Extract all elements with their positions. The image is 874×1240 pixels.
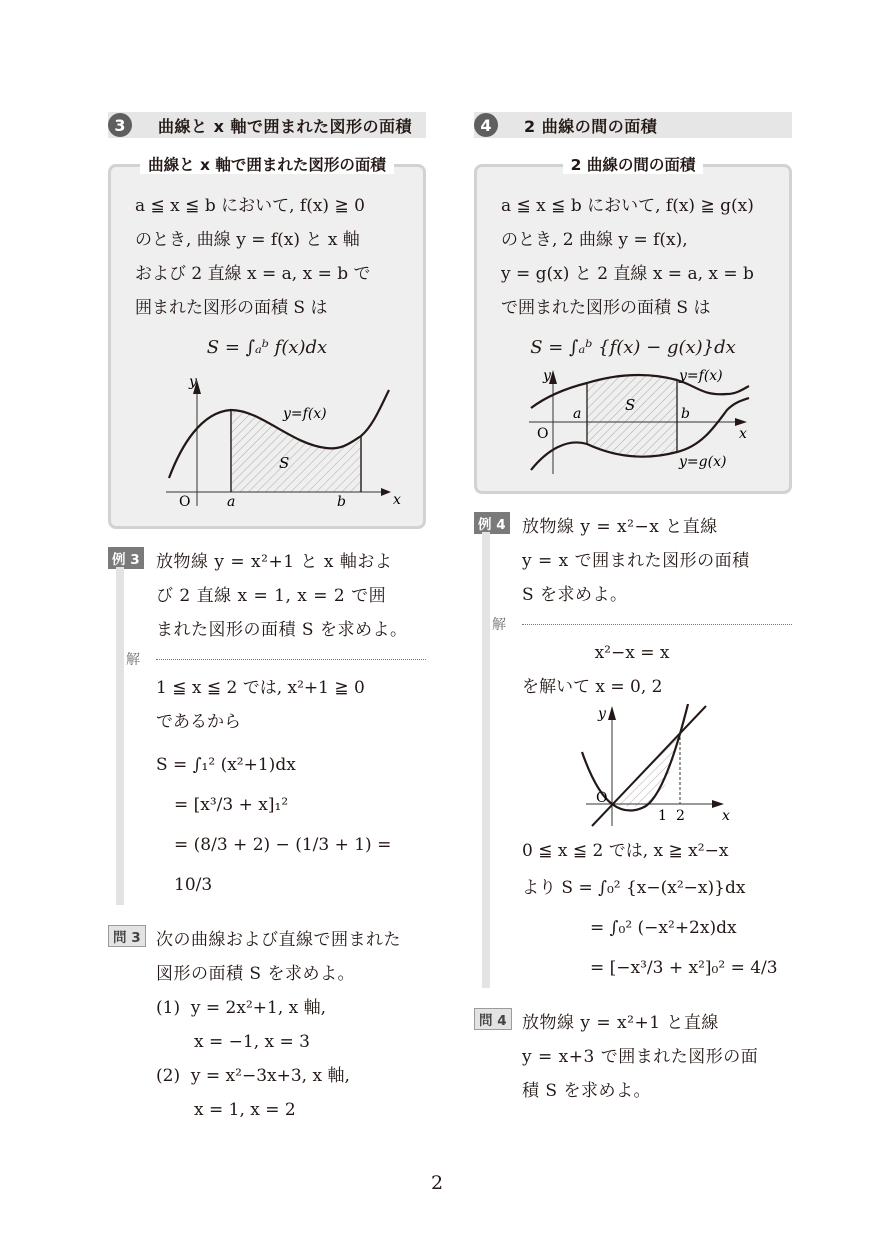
- page-number: 2: [0, 1172, 874, 1194]
- area-label: S: [625, 396, 635, 414]
- origin-label: O: [596, 790, 607, 806]
- question-item-2: (2) y = x²−3x+3, x 軸, x = 1, x = 2: [156, 1059, 426, 1127]
- example-bar: [116, 567, 124, 905]
- question-line: 次の曲線および直線で囲まれた: [156, 923, 426, 957]
- a-label: a: [227, 494, 235, 510]
- b-label: b: [337, 494, 346, 510]
- example-label: 例 3: [108, 547, 144, 569]
- section-number: 3: [108, 113, 132, 137]
- question-line: y = x+3 で囲まれた図形の面: [522, 1040, 792, 1074]
- right-column: 4 2 曲線の間の面積 2 曲線の間の面積 a ≦ x ≦ b において, f(…: [474, 112, 792, 1108]
- solution-line: = [x³/3 + x]₁²: [156, 785, 426, 825]
- origin-label: O: [537, 426, 548, 442]
- question-line: 図形の面積 S を求めよ。: [156, 957, 426, 991]
- x-axis-label: x: [722, 808, 730, 824]
- item-line: x = −1, x = 3: [156, 1025, 426, 1059]
- equation: x²−x = x: [522, 636, 792, 670]
- solution-line: 1 ≦ x ≦ 2 では, x²+1 ≧ 0: [156, 671, 426, 705]
- box-line: 囲まれた図形の面積 S は: [135, 291, 405, 325]
- section-number: 4: [474, 113, 498, 137]
- item-line: y = 2x²+1, x 軸,: [191, 998, 326, 1018]
- y-axis-label: y: [542, 368, 552, 384]
- question-4: 問 4 放物線 y = x²+1 と直線 y = x+3 で囲まれた図形の面 積…: [474, 1006, 792, 1108]
- solution-line: S = ∫₁² (x²+1)dx: [156, 745, 426, 785]
- tick-2-label: 2: [676, 808, 685, 824]
- box-title: 2 曲線の間の面積: [563, 156, 704, 174]
- question-text: 次の曲線および直線で囲まれた 図形の面積 S を求めよ。: [156, 923, 426, 991]
- x-axis-label: x: [393, 492, 401, 508]
- box-line: のとき, 2 曲線 y = f(x),: [501, 223, 771, 257]
- question-label: 問 3: [108, 925, 146, 947]
- definition-box: 曲線と x 軸で囲まれた図形の面積 a ≦ x ≦ b において, f(x) ≧…: [108, 164, 426, 529]
- problem-line: S を求めよ。: [522, 578, 792, 612]
- area-formula: S = ∫ₐᵇ f(x)dx: [111, 337, 423, 358]
- question-3: 問 3 次の曲線および直線で囲まれた 図形の面積 S を求めよ。 (1) y =…: [108, 923, 426, 1127]
- box-text: a ≦ x ≦ b において, f(x) ≧ 0 のとき, 曲線 y = f(x…: [111, 189, 423, 325]
- example-problem: 放物線 y = x²−x と直線 y = x で囲まれた図形の面積 S を求めよ…: [522, 510, 792, 612]
- solution-body: 1 ≦ x ≦ 2 では, x²+1 ≧ 0 であるから S = ∫₁² (x²…: [156, 671, 426, 905]
- question-text: 放物線 y = x²+1 と直線 y = x+3 で囲まれた図形の面 積 S を…: [522, 1006, 792, 1108]
- box-text: a ≦ x ≦ b において, f(x) ≧ g(x) のとき, 2 曲線 y …: [477, 189, 789, 325]
- a-label: a: [573, 406, 581, 422]
- question-label: 問 4: [474, 1008, 512, 1030]
- solution-label: 解: [492, 614, 516, 634]
- roots-line: を解いて x = 0, 2: [522, 670, 792, 704]
- solution-divider: 解: [492, 612, 792, 636]
- curve-label: y=f(x): [282, 406, 327, 422]
- definition-box: 2 曲線の間の面積 a ≦ x ≦ b において, f(x) ≧ g(x) のと…: [474, 164, 792, 494]
- box-line: a ≦ x ≦ b において, f(x) ≧ 0: [135, 189, 405, 223]
- example-label: 例 4: [474, 512, 510, 534]
- section-title: 曲線と x 軸で囲まれた図形の面積: [158, 114, 412, 137]
- box-line: のとき, 曲線 y = f(x) と x 軸: [135, 223, 405, 257]
- area-between-curves-figure: y x O a b S y=f(x) y=g(x): [477, 366, 789, 481]
- solution-body: 0 ≦ x ≦ 2 では, x ≧ x²−x より S = ∫₀² {x−(x²…: [522, 834, 792, 988]
- solution-line: より S = ∫₀² {x−(x²−x)}dx: [522, 868, 792, 908]
- item-line: x = 1, x = 2: [156, 1093, 426, 1127]
- box-line: で囲まれた図形の面積 S は: [501, 291, 771, 325]
- solution-divider: 解: [126, 647, 426, 671]
- problem-line: y = x で囲まれた図形の面積: [522, 544, 792, 578]
- problem-line: 放物線 y = x²+1 と x 軸およ: [156, 545, 426, 579]
- box-line: a ≦ x ≦ b において, f(x) ≧ g(x): [501, 189, 771, 223]
- box-line: y = g(x) と 2 直線 x = a, x = b: [501, 257, 771, 291]
- item-line: y = x²−3x+3, x 軸,: [191, 1066, 350, 1086]
- solution-line: = (8/3 + 2) − (1/3 + 1) = 10/3: [156, 825, 426, 905]
- question-line: 積 S を求めよ。: [522, 1074, 792, 1108]
- example-problem: 放物線 y = x²+1 と x 軸およ び 2 直線 x = 1, x = 2…: [156, 545, 426, 647]
- parabola-line-figure: y x O 1 2: [576, 704, 736, 834]
- y-axis-label: y: [188, 374, 198, 390]
- solution-line: = ∫₀² (−x²+2x)dx: [522, 908, 792, 948]
- b-label: b: [681, 406, 690, 422]
- left-column: 3 曲線と x 軸で囲まれた図形の面積 曲線と x 軸で囲まれた図形の面積 a …: [108, 112, 426, 1127]
- question-item-1: (1) y = 2x²+1, x 軸, x = −1, x = 3: [156, 991, 426, 1059]
- area-under-curve-figure: y x O a b S y=f(x): [111, 366, 423, 516]
- solution-line: 0 ≦ x ≦ 2 では, x ≧ x²−x: [522, 834, 792, 868]
- y-axis-label: y: [597, 706, 607, 722]
- item-number: (2): [156, 1066, 180, 1086]
- problem-line: まれた図形の面積 S を求めよ。: [156, 613, 426, 647]
- area-formula: S = ∫ₐᵇ {f(x) − g(x)}dx: [477, 337, 789, 358]
- box-line: および 2 直線 x = a, x = b で: [135, 257, 405, 291]
- problem-line: 放物線 y = x²−x と直線: [522, 510, 792, 544]
- section-title: 2 曲線の間の面積: [524, 114, 657, 137]
- section-header-4: 4 2 曲線の間の面積: [474, 112, 792, 138]
- item-number: (1): [156, 998, 180, 1018]
- curve-g-label: y=g(x): [678, 454, 726, 470]
- origin-label: O: [179, 494, 190, 510]
- example-bar: [482, 532, 490, 988]
- example-3: 例 3 放物線 y = x²+1 と x 軸およ び 2 直線 x = 1, x…: [108, 545, 426, 905]
- curve-f-label: y=f(x): [678, 368, 723, 384]
- tick-1-label: 1: [658, 808, 667, 824]
- problem-line: び 2 直線 x = 1, x = 2 で囲: [156, 579, 426, 613]
- example-4: 例 4 放物線 y = x²−x と直線 y = x で囲まれた図形の面積 S …: [474, 510, 792, 988]
- box-title: 曲線と x 軸で囲まれた図形の面積: [140, 156, 394, 174]
- solution-line: = [−x³/3 + x²]₀² = 4/3: [522, 948, 792, 988]
- question-line: 放物線 y = x²+1 と直線: [522, 1006, 792, 1040]
- solution-label: 解: [126, 649, 150, 669]
- solution-line: であるから: [156, 705, 426, 739]
- x-axis-label: x: [739, 426, 747, 442]
- section-header-3: 3 曲線と x 軸で囲まれた図形の面積: [108, 112, 426, 138]
- area-label: S: [279, 454, 289, 472]
